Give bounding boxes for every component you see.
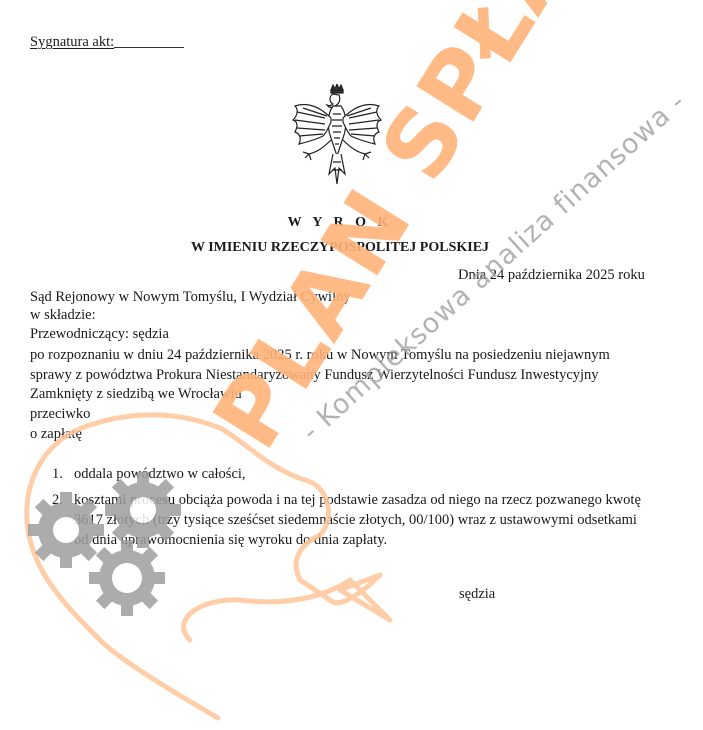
head-outline-icon <box>27 415 390 718</box>
ruling-number: 1. <box>52 464 63 484</box>
ruling-text-line-3: od dnia uprawomocnienia się wyroku do dn… <box>74 530 387 550</box>
judgment-page: Sygnatura akt: W Y R O K W IMIENIU RZE <box>0 0 703 730</box>
watermark-brand-text: PLAN SPŁATY <box>193 0 662 467</box>
ruling-text-line-2: 3617 złotych (trzy tysiące sześćset sied… <box>74 510 637 530</box>
document-subtitle: W IMIENIU RZECZYPOSPOLITEJ POLSKIEJ <box>0 239 680 257</box>
case-signature-blank <box>114 33 184 48</box>
composition-label: w składzie: <box>30 306 96 324</box>
claim-subject: o zapłatę <box>30 425 82 443</box>
court-name: Sąd Rejonowy w Nowym Tomyślu, I Wydział … <box>30 288 351 306</box>
plaintiff-line-1: sprawy z powództwa Prokura Niestandaryzo… <box>30 366 599 384</box>
against-label: przeciwko <box>30 405 90 423</box>
case-signature-text: Sygnatura akt: <box>30 34 114 50</box>
ruling-number: 2. <box>52 490 63 510</box>
plaintiff-line-2: Zamknięty z siedzibą we Wrocławiu <box>30 385 242 403</box>
judge-signature-label: sędzia <box>459 585 495 603</box>
presiding-judge: Przewodniczący: sędzia <box>30 325 169 343</box>
hearing-details: po rozpoznaniu w dniu 24 października 20… <box>30 346 610 364</box>
ruling-text: oddala powództwo w całości, <box>74 464 246 484</box>
document-title: W Y R O K <box>0 214 680 232</box>
judgment-date: Dnia 24 października 2025 roku <box>458 266 645 284</box>
case-signature-label: Sygnatura akt: <box>30 33 184 51</box>
polish-eagle-emblem-icon <box>289 84 385 188</box>
ruling-text-line-1: kosztami procesu obciąża powoda i na tej… <box>74 490 641 510</box>
